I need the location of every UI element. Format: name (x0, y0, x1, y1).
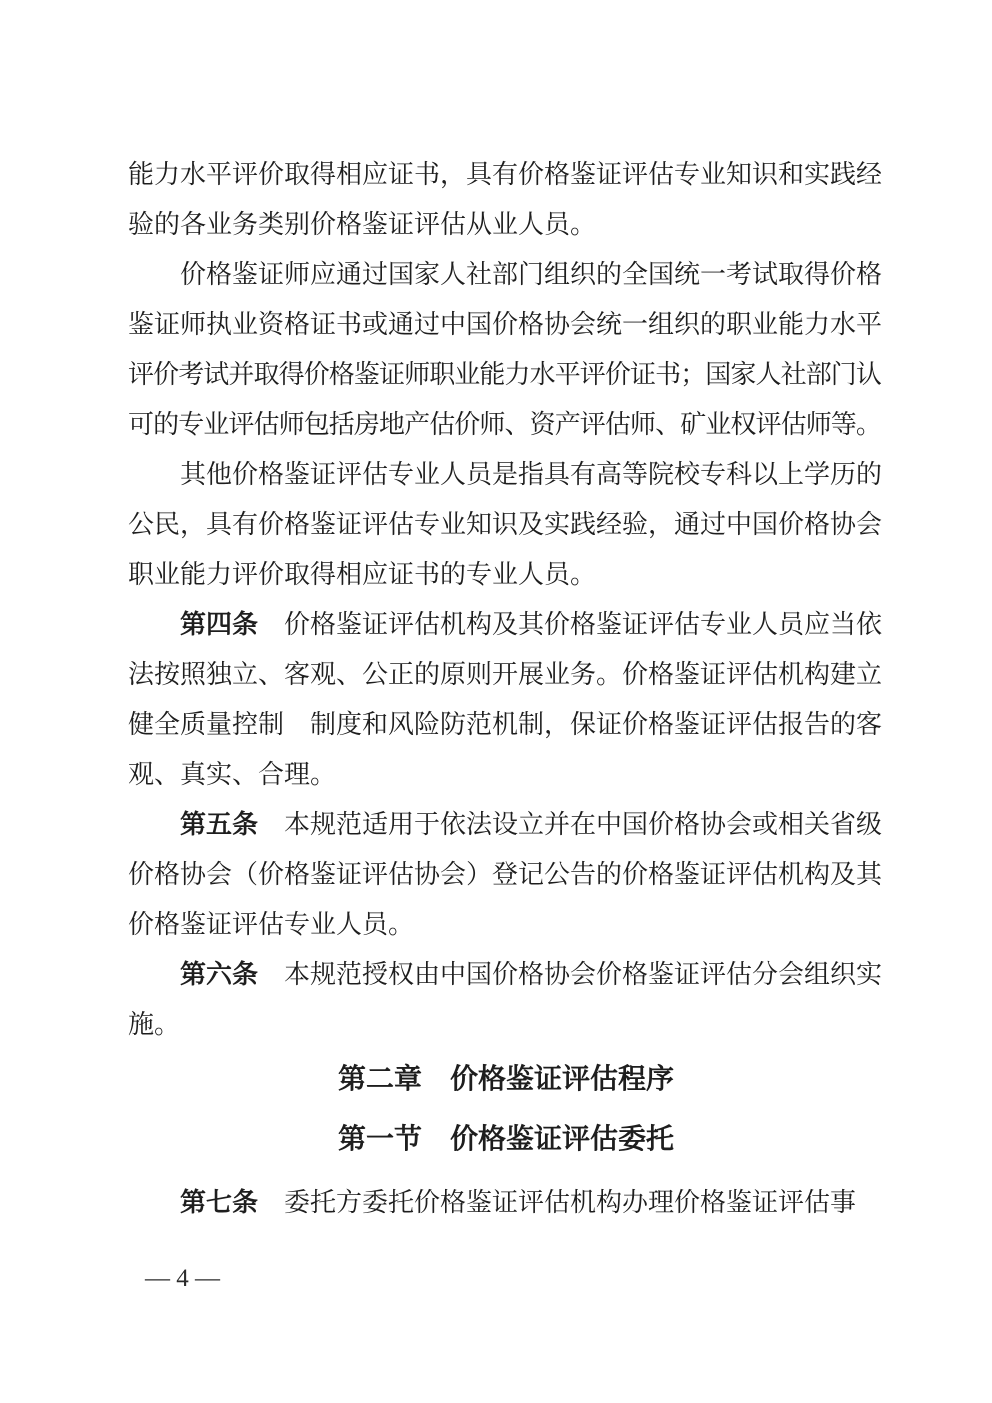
text-line-article-5: 第五条 本规范适用于依法设立并在中国价格协会或相关省级 (128, 800, 884, 850)
line-text: 鉴证师执业资格证书或通过中国价格协会统一组织的职业能力水平 (128, 310, 882, 339)
section-heading: 第一节 价格鉴证评估委托 (128, 1110, 884, 1170)
text-line: 施。 (128, 1000, 884, 1050)
text-line: 验的各业务类别价格鉴证评估从业人员。 (128, 200, 884, 250)
text-line: 公民，具有价格鉴证评估专业知识及实践经验，通过中国价格协会 (128, 500, 884, 550)
text-line: 职业能力评价取得相应证书的专业人员。 (128, 550, 884, 600)
text-line: 鉴证师执业资格证书或通过中国价格协会统一组织的职业能力水平 (128, 300, 884, 350)
chapter-heading: 第二章 价格鉴证评估程序 (128, 1050, 884, 1110)
text-line: 可的专业评估师包括房地产估价师、资产评估师、矿业权评估师等。 (128, 400, 884, 450)
line-text: 健全质量控制 制度和风险防范机制，保证价格鉴证评估报告的客 (128, 710, 882, 739)
text-line: 价格协会（价格鉴证评估协会）登记公告的价格鉴证评估机构及其 (128, 850, 884, 900)
line-text: 委托方委托价格鉴证评估机构办理价格鉴证评估事 (258, 1188, 856, 1217)
line-text: 法按照独立、客观、公正的原则开展业务。价格鉴证评估机构建立 (128, 660, 882, 689)
article-number: 第五条 (128, 810, 258, 839)
line-text: 职业能力评价取得相应证书的专业人员。 (128, 560, 596, 589)
line-text: 价格鉴证评估专业人员。 (128, 910, 414, 939)
document-body: 能力水平评价取得相应证书，具有价格鉴证评估专业知识和实践经 验的各业务类别价格鉴… (128, 150, 884, 1228)
page-number: — 4 — (145, 1265, 220, 1292)
text-line: 健全质量控制 制度和风险防范机制，保证价格鉴证评估报告的客 (128, 700, 884, 750)
line-text: 能力水平评价取得相应证书，具有价格鉴证评估专业知识和实践经 (128, 160, 882, 189)
text-line-article-6: 第六条 本规范授权由中国价格协会价格鉴证评估分会组织实 (128, 950, 884, 1000)
text-line: 法按照独立、客观、公正的原则开展业务。价格鉴证评估机构建立 (128, 650, 884, 700)
text-line: 其他价格鉴证评估专业人员是指具有高等院校专科以上学历的 (128, 450, 884, 500)
line-text: 观、真实、合理。 (128, 760, 336, 789)
text-line: 价格鉴证师应通过国家人社部门组织的全国统一考试取得价格 (128, 250, 884, 300)
line-text: 其他价格鉴证评估专业人员是指具有高等院校专科以上学历的 (128, 460, 882, 489)
line-text: 价格协会（价格鉴证评估协会）登记公告的价格鉴证评估机构及其 (128, 860, 882, 889)
line-text: 价格鉴证评估机构及其价格鉴证评估专业人员应当依 (258, 610, 882, 639)
line-text: 公民，具有价格鉴证评估专业知识及实践经验，通过中国价格协会 (128, 510, 882, 539)
article-number: 第六条 (128, 960, 258, 989)
line-text: 本规范适用于依法设立并在中国价格协会或相关省级 (258, 810, 882, 839)
article-number: 第七条 (128, 1188, 258, 1217)
line-text: 价格鉴证师应通过国家人社部门组织的全国统一考试取得价格 (128, 260, 882, 289)
text-line: 观、真实、合理。 (128, 750, 884, 800)
line-text: 可的专业评估师包括房地产估价师、资产评估师、矿业权评估师等。 (128, 410, 881, 439)
document-page: 能力水平评价取得相应证书，具有价格鉴证评估专业知识和实践经 验的各业务类别价格鉴… (0, 0, 992, 1403)
text-line-article-7: 第七条 委托方委托价格鉴证评估机构办理价格鉴证评估事 (128, 1178, 884, 1228)
page-footer: — 4 — (145, 1259, 220, 1299)
line-text: 评价考试并取得价格鉴证师职业能力水平评价证书；国家人社部门认 (128, 360, 881, 389)
line-text: 验的各业务类别价格鉴证评估从业人员。 (128, 210, 596, 239)
text-line: 价格鉴证评估专业人员。 (128, 900, 884, 950)
line-text: 本规范授权由中国价格协会价格鉴证评估分会组织实 (258, 960, 882, 989)
article-number: 第四条 (128, 610, 258, 639)
text-line-article-4: 第四条 价格鉴证评估机构及其价格鉴证评估专业人员应当依 (128, 600, 884, 650)
text-line: 评价考试并取得价格鉴证师职业能力水平评价证书；国家人社部门认 (128, 350, 884, 400)
line-text: 施。 (128, 1010, 180, 1039)
text-line: 能力水平评价取得相应证书，具有价格鉴证评估专业知识和实践经 (128, 150, 884, 200)
